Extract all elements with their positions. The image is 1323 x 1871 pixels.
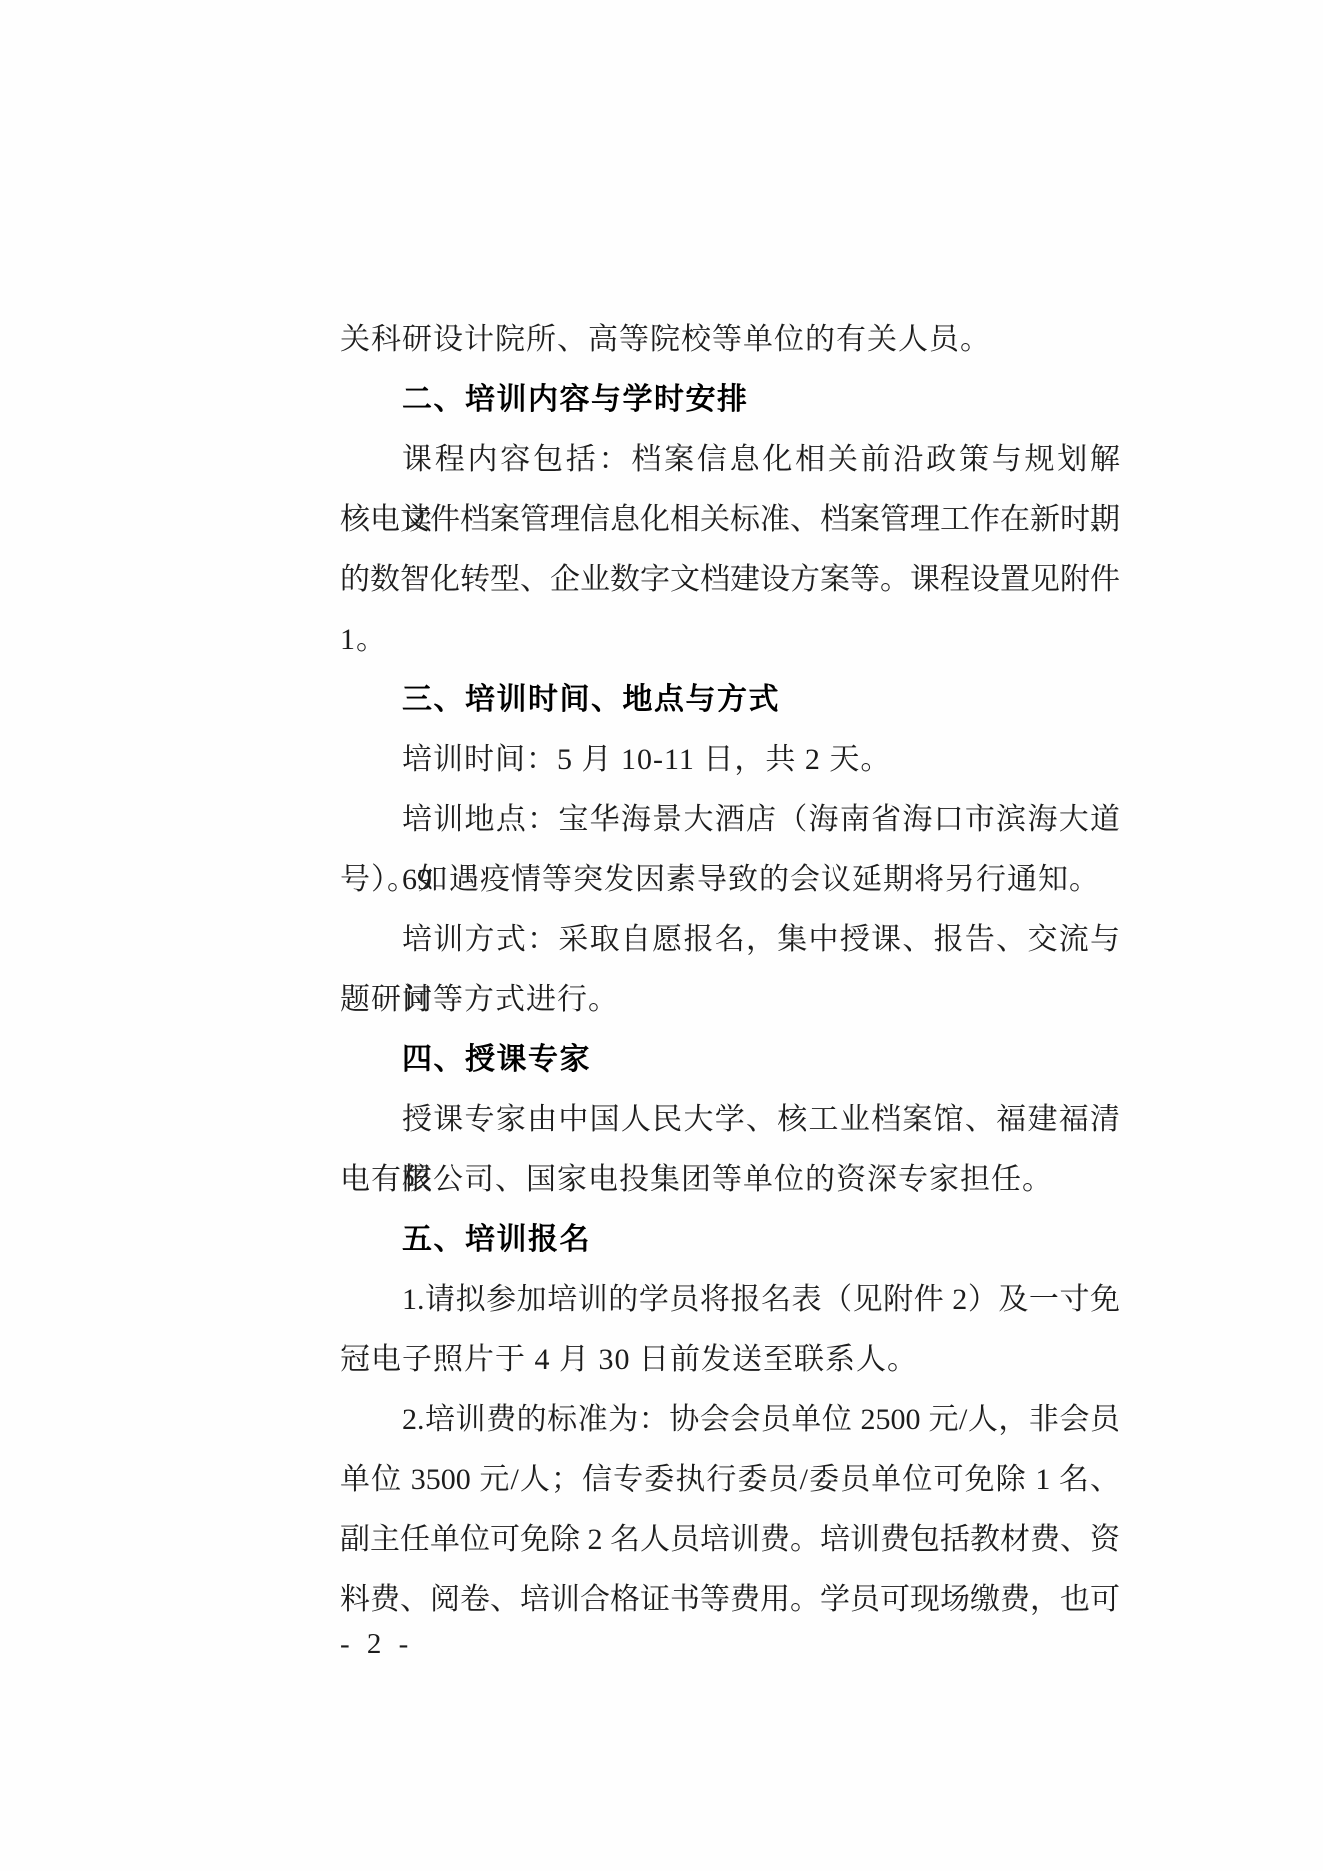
text-line: 单位 3500 元/人；信专委执行委员/委员单位可免除 1 名、: [340, 1450, 1120, 1510]
text-line: 授课专家由中国人民大学、核工业档案馆、福建福清核: [340, 1090, 1120, 1150]
text-line: 1.请拟参加培训的学员将报名表（见附件 2）及一寸免: [340, 1270, 1120, 1330]
text-line: 号）。如遇疫情等突发因素导致的会议延期将另行通知。: [340, 850, 1120, 910]
text-line: 题研讨等方式进行。: [340, 970, 1120, 1030]
text-line: 电有限公司、国家电投集团等单位的资深专家担任。: [340, 1150, 1120, 1210]
text-line: 副主任单位可免除 2 名人员培训费。培训费包括教材费、资: [340, 1510, 1120, 1570]
section-heading: 二、培训内容与学时安排: [340, 370, 1120, 430]
document-page: 关科研设计院所、高等院校等单位的有关人员。二、培训内容与学时安排课程内容包括：档…: [0, 0, 1323, 1871]
text-line: 的数智化转型、企业数字文档建设方案等。课程设置见附件: [340, 550, 1120, 610]
text-line: 核电文件档案管理信息化相关标准、档案管理工作在新时期: [340, 490, 1120, 550]
document-body: 关科研设计院所、高等院校等单位的有关人员。二、培训内容与学时安排课程内容包括：档…: [340, 310, 1120, 1630]
text-line: 料费、阅卷、培训合格证书等费用。学员可现场缴费，也可: [340, 1570, 1120, 1630]
section-heading: 五、培训报名: [340, 1210, 1120, 1270]
text-line: 2.培训费的标准为：协会会员单位 2500 元/人，非会员: [340, 1390, 1120, 1450]
text-line: 培训地点：宝华海景大酒店（海南省海口市滨海大道 69: [340, 790, 1120, 850]
text-line: 1。: [340, 610, 1120, 670]
section-heading: 四、授课专家: [340, 1030, 1120, 1090]
text-line: 课程内容包括：档案信息化相关前沿政策与规划解读、: [340, 430, 1120, 490]
text-line: 关科研设计院所、高等院校等单位的有关人员。: [340, 310, 1120, 370]
text-line: 培训时间：5 月 10-11 日，共 2 天。: [340, 730, 1120, 790]
text-line: 培训方式：采取自愿报名，集中授课、报告、交流与问: [340, 910, 1120, 970]
page-number: - 2 -: [340, 1622, 413, 1666]
section-heading: 三、培训时间、地点与方式: [340, 670, 1120, 730]
text-line: 冠电子照片于 4 月 30 日前发送至联系人。: [340, 1330, 1120, 1390]
